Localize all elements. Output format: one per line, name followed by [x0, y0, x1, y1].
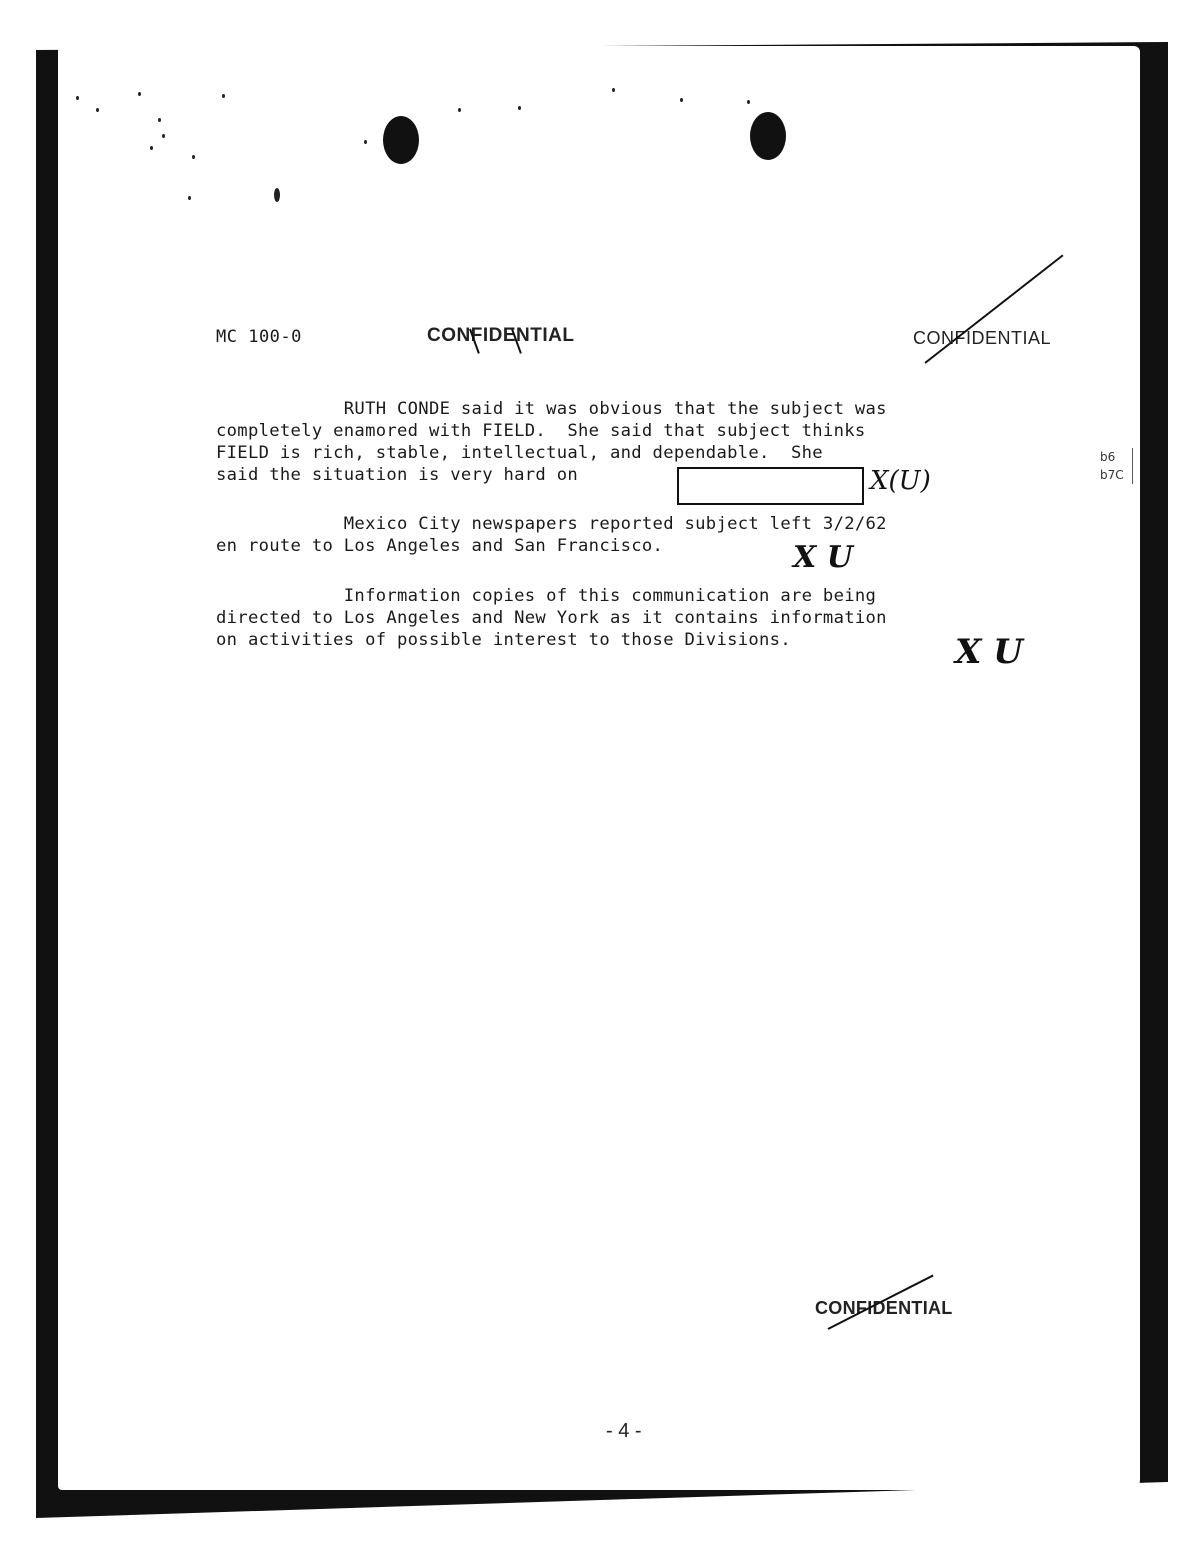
handwritten-mark: X(U): [870, 466, 931, 496]
page-number: - 4 -: [606, 1420, 642, 1443]
scan-speck: [274, 188, 280, 202]
paragraph-1: RUTH CONDE said it was obvious that the …: [216, 398, 1076, 486]
scan-speck: [680, 98, 683, 102]
punch-hole: [383, 116, 419, 164]
text-line: FIELD is rich, stable, intellectual, and…: [216, 442, 1076, 464]
scan-speck: [158, 118, 161, 122]
scan-speck: [188, 196, 191, 200]
document-page: [58, 46, 1140, 1490]
handwritten-mark: X U: [955, 632, 1023, 672]
scan-speck: [96, 108, 99, 112]
exemption-codes: b6b7C: [1098, 448, 1133, 484]
scan-speck: [222, 94, 225, 98]
exemption-code: b6: [1100, 448, 1124, 466]
handwritten-mark: X U: [793, 540, 853, 575]
text-line: on activities of possible interest to th…: [216, 629, 1076, 651]
classification-stamp: CONFIDENTIAL: [913, 328, 1051, 349]
classification-stamp-crossed: CONFIDENTIAL: [427, 325, 574, 347]
text-line: RUTH CONDE said it was obvious that the …: [216, 398, 1076, 420]
text-line: Information copies of this communication…: [216, 585, 1076, 607]
paragraph-2: Mexico City newspapers reported subject …: [216, 513, 1076, 557]
scan-speck: [612, 88, 615, 92]
scan-speck: [76, 96, 79, 100]
scan-speck: [364, 140, 367, 144]
text-line: directed to Los Angeles and New York as …: [216, 607, 1076, 629]
scan-speck: [138, 92, 141, 96]
punch-hole: [750, 112, 786, 160]
scan-speck: [192, 155, 195, 159]
text-line: completely enamored with FIELD. She said…: [216, 420, 1076, 442]
text-line: said the situation is very hard on: [216, 464, 1076, 486]
scan-speck: [518, 106, 521, 110]
scan-speck: [458, 108, 461, 112]
scan-speck: [150, 146, 153, 150]
redaction-box: [677, 467, 864, 505]
file-reference: MC 100-0: [216, 327, 302, 347]
exemption-code: b7C: [1100, 466, 1124, 484]
paragraph-3: Information copies of this communication…: [216, 585, 1076, 651]
text-line: Mexico City newspapers reported subject …: [216, 513, 1076, 535]
scan-speck: [747, 100, 750, 104]
text-line: en route to Los Angeles and San Francisc…: [216, 535, 1076, 557]
scan-speck: [162, 134, 165, 138]
